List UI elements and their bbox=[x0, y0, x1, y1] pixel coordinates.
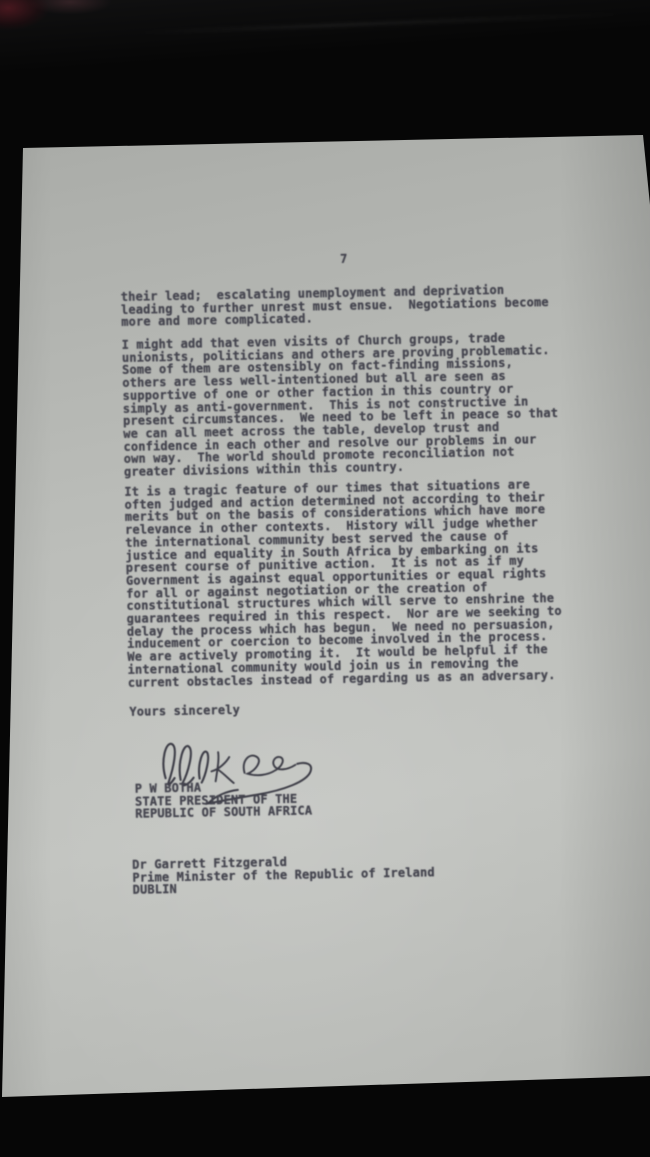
recipient-block: Dr Garrett Fitzgerald Prime Minister of … bbox=[132, 853, 435, 897]
letter-paragraph-2: I might add that even visits of Church g… bbox=[122, 331, 560, 479]
page-number: 7 bbox=[340, 253, 348, 266]
letter-paragraph-1: their lead; escalating unemployment and … bbox=[121, 283, 549, 329]
letter-closing: Yours sincerely bbox=[129, 704, 240, 719]
background-streak bbox=[140, 13, 620, 34]
photo-of-letter: 7 their lead; escalating unemployment an… bbox=[0, 0, 650, 1157]
typed-letter-content: 7 their lead; escalating unemployment an… bbox=[118, 246, 601, 954]
letter-paragraph-3: It is a tragic feature of our times that… bbox=[124, 478, 563, 689]
letter-page: 7 their lead; escalating unemployment an… bbox=[0, 0, 650, 1157]
sender-block: P W BOTHA STATE PRESIDENT OF THE REPUBLI… bbox=[135, 780, 313, 821]
